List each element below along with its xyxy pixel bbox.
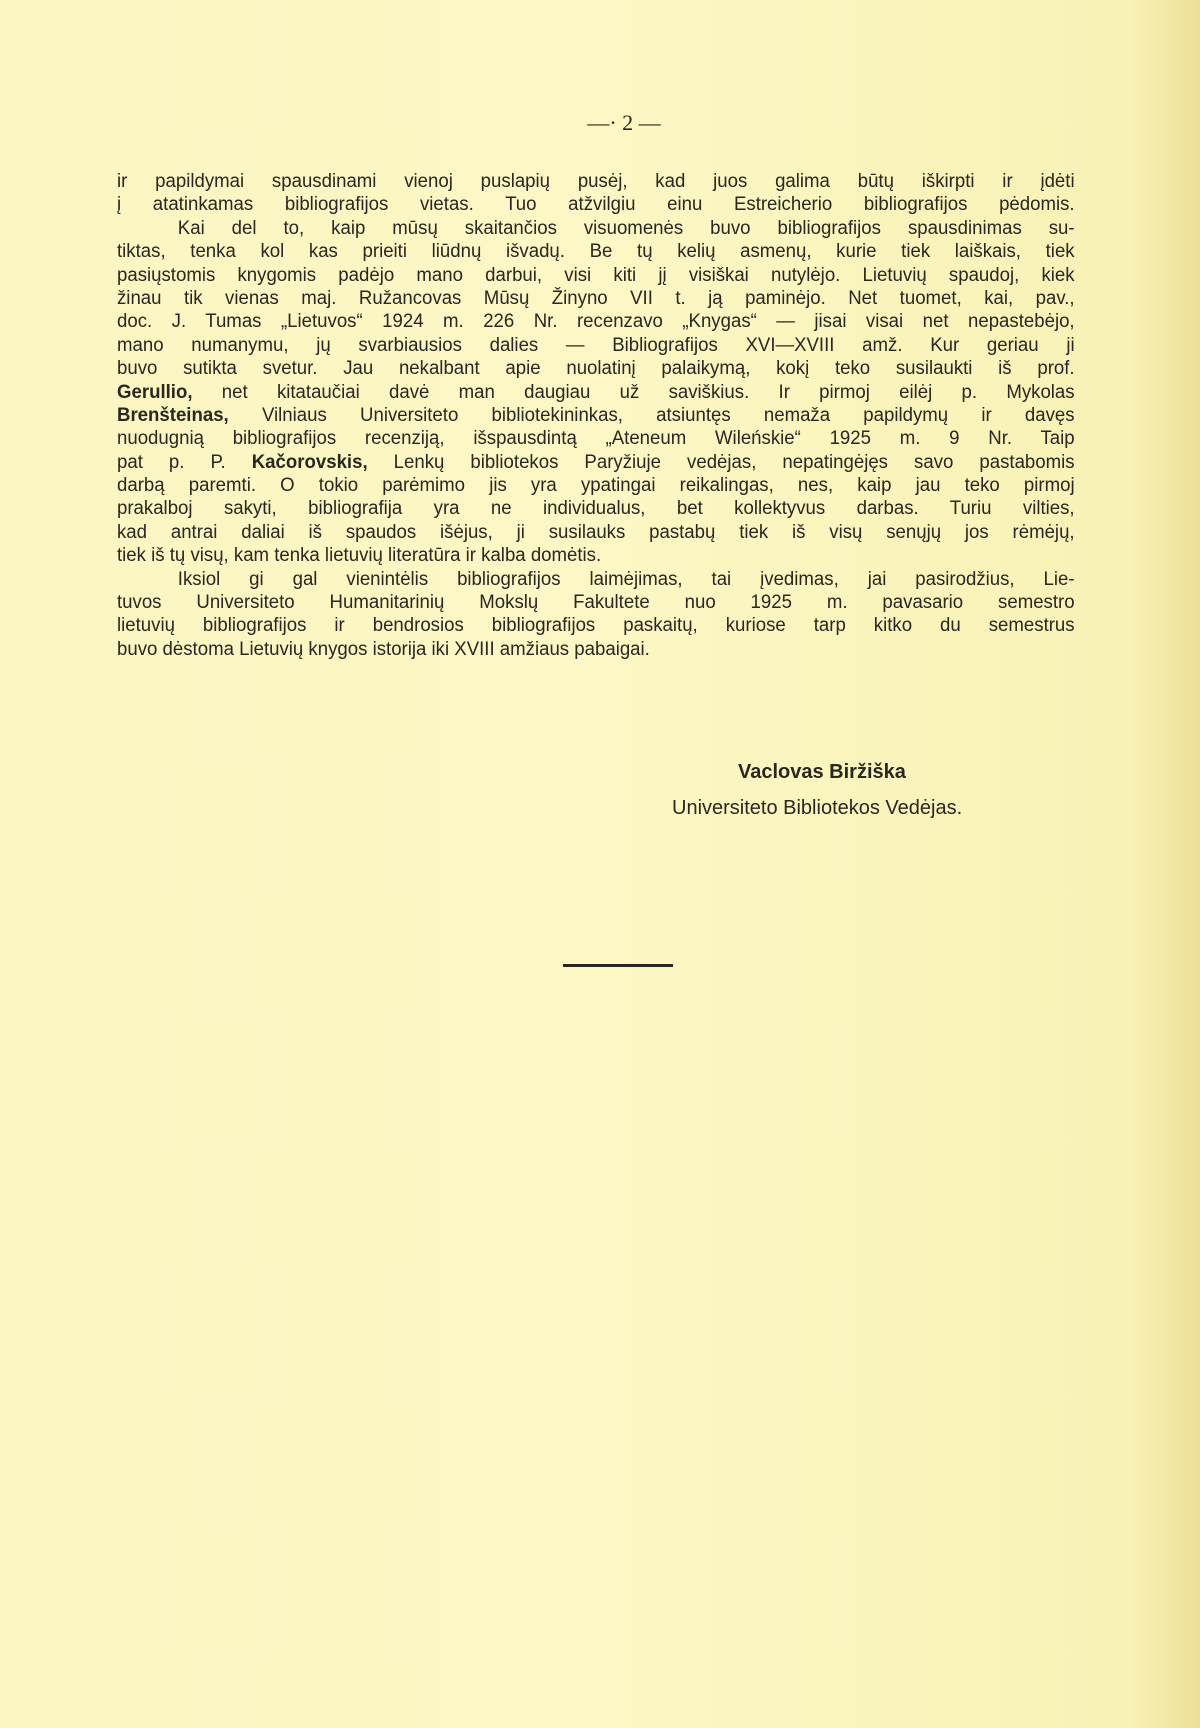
text-line: nuodugnią bibliografijos recenziją, išsp… xyxy=(117,427,1075,450)
text-line: ir papildymai spausdinami vienoj puslapi… xyxy=(117,170,1075,193)
signature-block: Vaclovas Biržiška Universiteto Bibliotek… xyxy=(672,754,962,826)
text-line: į atatinkamas bibliografijos vietas. Tuo… xyxy=(117,193,1075,216)
text-fragment: net kitataučiai davė man daugiau už savi… xyxy=(193,381,1075,403)
end-rule xyxy=(563,964,673,967)
text-line: Gerullio, net kitataučiai davė man daugi… xyxy=(117,381,1075,404)
text-line: Kai del to, kaip mūsų skaitančios visuom… xyxy=(117,217,1075,240)
text-line: Iksiol gi gal vienintėlis bibliografijos… xyxy=(117,568,1075,591)
text-line: darbą paremti. O tokio parėmimo jis yra … xyxy=(117,474,1075,497)
text-fragment: pat p. P. xyxy=(117,451,252,473)
name-kacorovskis: Kačorovskis, xyxy=(252,451,368,473)
text-line: doc. J. Tumas „Lietuvos“ 1924 m. 226 Nr.… xyxy=(117,310,1075,333)
text-line: lietuvių bibliografijos ir bendrosios bi… xyxy=(117,614,1075,637)
text-line: buvo dėstoma Lietuvių knygos istorija ik… xyxy=(117,638,1075,661)
text-line: pat p. P. Kačorovskis, Lenkų bibliotekos… xyxy=(117,451,1075,474)
text-line: tiktas, tenka kol kas prieiti liūdnų išv… xyxy=(117,240,1075,263)
name-brensteinas: Brenšteinas, xyxy=(117,404,229,426)
signature-title: Universiteto Bibliotekos Vedėjas. xyxy=(672,790,962,826)
name-gerullio: Gerullio, xyxy=(117,381,193,403)
text-line: mano numanymu, jų svarbiausios dalies — … xyxy=(117,334,1075,357)
text-line: žinau tik vienas maj. Ružancovas Mūsų Ži… xyxy=(117,287,1075,310)
text-line: pasiųstomis knygomis padėjo mano darbui,… xyxy=(117,264,1075,287)
text-fragment: Vilniaus Universiteto bibliotekininkas, … xyxy=(229,404,1075,426)
page-number: —· 2 — xyxy=(0,110,1200,136)
text-line: prakalboj sakyti, bibliografija yra ne i… xyxy=(117,497,1075,520)
body-text: ir papildymai spausdinami vienoj puslapi… xyxy=(117,170,1075,661)
signature-name: Vaclovas Biržiška xyxy=(672,754,962,790)
text-line: kad antrai daliai iš spaudos išėjus, ji … xyxy=(117,521,1075,544)
text-line: tiek iš tų visų, kam tenka lietuvių lite… xyxy=(117,544,1075,567)
text-line: tuvos Universiteto Humanitarinių Mokslų … xyxy=(117,591,1075,614)
text-line: Brenšteinas, Vilniaus Universiteto bibli… xyxy=(117,404,1075,427)
text-fragment: Lenkų bibliotekos Paryžiuje vedėjas, nep… xyxy=(368,451,1075,473)
text-line: buvo sutikta svetur. Jau nekalbant apie … xyxy=(117,357,1075,380)
